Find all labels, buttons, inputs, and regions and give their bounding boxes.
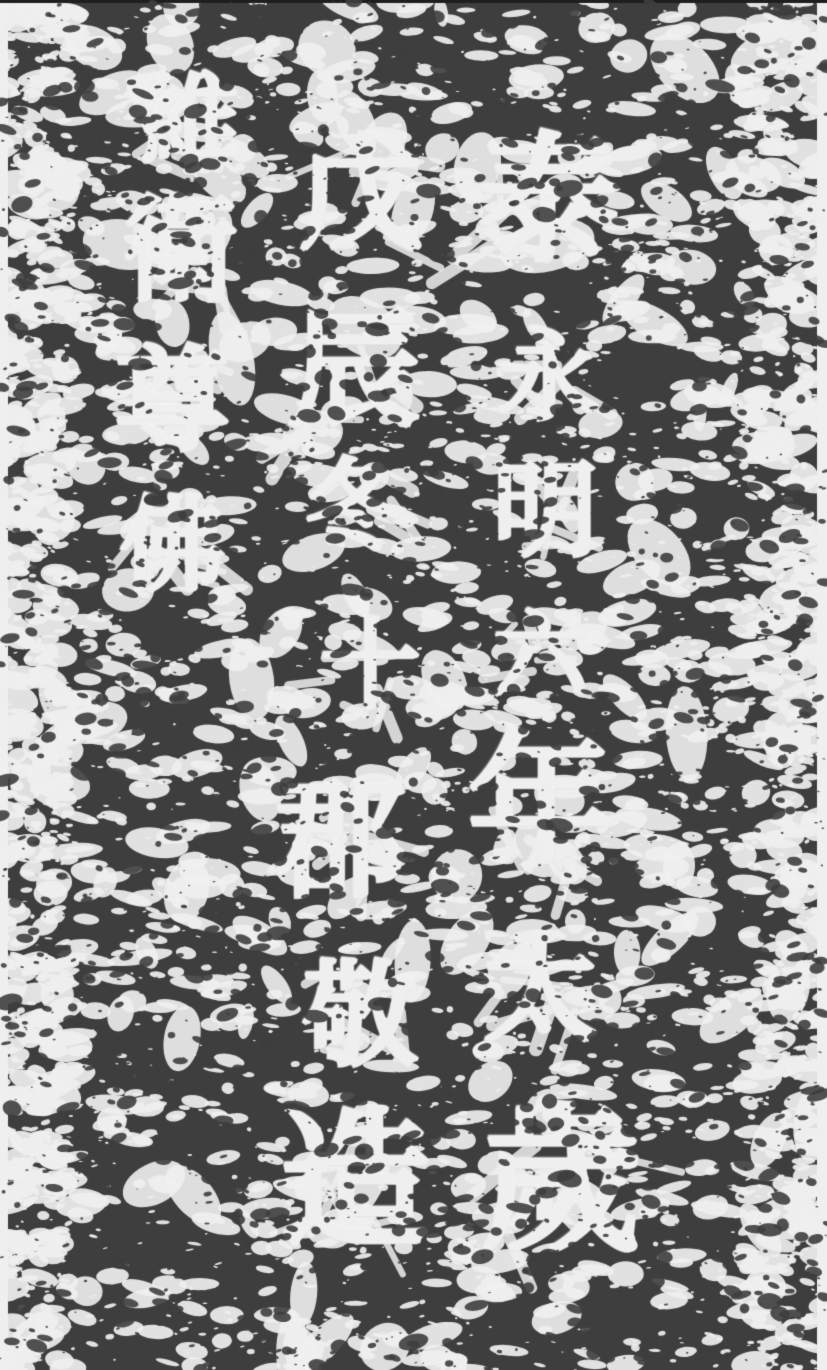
- character: 衛: [122, 193, 237, 308]
- stele-rubbing: 泰 永 明 六 年 太 歲 戊 辰 冬 十 郡 敬 造 維 衛 尊 佛: [0, 0, 827, 1370]
- character: 維: [140, 70, 240, 170]
- inscription: 泰 永 明 六 年 太 歲 戊 辰 冬 十 郡 敬 造 維 衛 尊 佛: [0, 0, 827, 1370]
- character: 尊: [114, 343, 229, 458]
- inscription-column-left: 維 衛 尊 佛: [0, 0, 827, 1370]
- character: 佛: [119, 493, 224, 598]
